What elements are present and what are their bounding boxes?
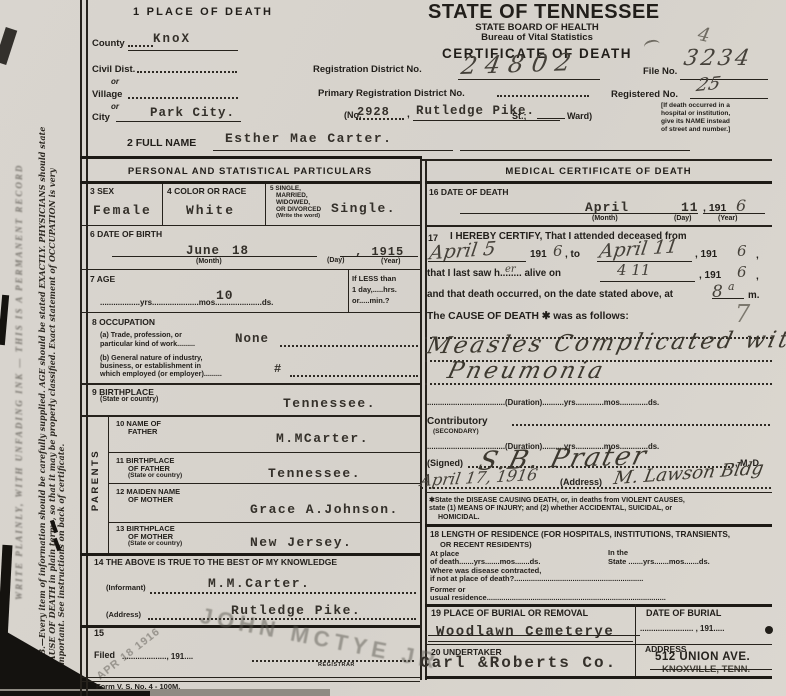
ink-dot <box>765 626 773 634</box>
former-residence-line2: usual residence.........................… <box>430 593 666 602</box>
margin-nb-note: N. B.—Every item of information should b… <box>38 28 67 668</box>
city-line <box>116 121 241 122</box>
informant-address-label: (Address) <box>106 610 141 619</box>
margin-permanent-record-text: WRITE PLAINLY, WITH UNFADING INK — THIS … <box>14 40 24 600</box>
undertaker-value: Carl &Roberts Co. <box>420 654 617 672</box>
contracted-line2: if not at place of death?...............… <box>430 574 643 583</box>
birthplace-sub-label: (State or country) <box>100 396 158 403</box>
cause-value-line1: Measles Complicated with <box>424 327 786 360</box>
death-ampm-hand: a <box>728 280 735 293</box>
color-race-value: White <box>186 203 235 218</box>
ward-label: Ward) <box>567 111 592 121</box>
last-saw-comma: , <box>756 271 759 282</box>
footnote-line3: HOMICIDAL. <box>438 514 480 521</box>
registered-no-label: Registered No. <box>611 89 678 100</box>
county-dots <box>128 45 153 47</box>
age-row-rule <box>80 312 420 313</box>
medical-section-title: MEDICAL CERTIFICATE OF DEATH <box>425 166 772 177</box>
scan-bottom-strip-dark <box>0 691 150 696</box>
attended-comma: , <box>756 250 759 261</box>
hospital-note-line1: [If death occurred in a <box>661 102 730 109</box>
left-border-outer <box>80 0 82 696</box>
header-divider-right <box>420 159 772 161</box>
pencil-scribble-4: 4 <box>696 23 712 47</box>
age-subcell-divider <box>348 270 349 312</box>
attended-from-year-hand: 6 <box>553 242 563 260</box>
burial-place-strike <box>428 635 640 636</box>
personal-title-rule <box>80 181 420 184</box>
form-number: Form V. S. No. 4 - 100M. <box>96 682 180 691</box>
place-of-death-label: 1 PLACE OF DEATH <box>133 6 273 18</box>
burial-date-line: ........................ , 191..... <box>640 624 724 633</box>
city-label: City <box>92 112 110 123</box>
registration-district-line <box>458 79 600 80</box>
father-birthplace-label-3: (State or country) <box>128 472 182 479</box>
informant-dots <box>150 592 416 594</box>
marital-label-4: OR DIVORCED <box>276 206 321 213</box>
death-certificate-scan: WRITE PLAINLY, WITH UNFADING INK — THIS … <box>0 0 786 696</box>
father-name-label-2: FATHER <box>128 427 157 436</box>
file-no-label: File No. <box>643 66 677 77</box>
county-label: County <box>92 38 125 49</box>
occupation-a-line1: (a) Trade, profession, or <box>100 330 182 339</box>
if-less-line3: or.....min.? <box>352 296 390 305</box>
file-no-line <box>680 79 768 80</box>
or-word-2: or <box>111 102 119 111</box>
full-name-line-2 <box>460 150 690 151</box>
burial-top-rule <box>425 604 772 607</box>
burial-subcolumn-divider <box>635 604 636 677</box>
sex-value: Female <box>93 203 152 218</box>
address-strike-line <box>650 669 772 670</box>
last-saw-date-hand: 4 11 <box>617 261 650 279</box>
affirmation-title: 14 THE ABOVE IS TRUE TO THE BEST OF MY K… <box>94 557 337 567</box>
hospital-note-line3: give its NAME instead <box>661 118 730 125</box>
undertaker-address-line1: 512 UNION AVE. <box>655 651 750 663</box>
physician-address-label: (Address) <box>560 477 602 487</box>
sex-row-rule <box>80 225 420 226</box>
civil-dist-dots <box>137 71 237 73</box>
date-of-death-line-2 <box>703 213 765 214</box>
sex-label: 3 SEX <box>90 186 114 196</box>
scan-smudge <box>0 295 9 345</box>
death-hour-hand: 8 <box>712 282 723 302</box>
burial-place-value: Woodlawn Cemeterye <box>436 624 614 640</box>
attended-line-1 <box>428 261 526 262</box>
dob-year-caption: (Year) <box>381 258 400 265</box>
date-of-death-line-1 <box>460 213 698 214</box>
parents-bottom-rule <box>80 553 420 556</box>
left-bottom-rule-1 <box>80 677 420 678</box>
footnote-top-rule <box>425 492 772 493</box>
dod-day-caption: (Day) <box>674 215 692 222</box>
mother-name-value: Grace A.Johnson. <box>250 502 399 517</box>
attended-to-year-hand: 6 <box>737 242 747 260</box>
occupation-label: 8 OCCUPATION <box>92 317 155 327</box>
marital-sub-label: (Write the word) <box>276 213 320 219</box>
occupation-a-line2: particular kind of work......... <box>100 339 195 348</box>
medical-title-rule <box>425 181 772 184</box>
father-birthplace-rule <box>108 483 420 484</box>
civil-dist-label: Civil Dist. <box>92 64 135 75</box>
informant-label: (Informant) <box>106 583 146 592</box>
cause-of-death-label: The CAUSE OF DEATH ✱ was as follows: <box>427 310 629 322</box>
attended-to-word: , to <box>565 249 580 260</box>
secondary-label: (SECONDARY) <box>433 428 479 435</box>
full-name-label: 2 FULL NAME <box>127 137 196 149</box>
age-units-line: ..................yrs...................… <box>100 298 273 307</box>
marital-value: Single. <box>331 201 396 216</box>
dob-line-2 <box>340 256 418 257</box>
occupation-a-dots <box>280 345 418 347</box>
contributory-label: Contributory <box>427 416 488 427</box>
footnote-line2: state (1) MEANS OF INJURY; and (2) wheth… <box>429 505 672 512</box>
parents-side-label: PARENTS <box>90 415 101 545</box>
attended-from-year-printed: 191 <box>530 249 547 260</box>
primary-registration-label: Primary Registration District No. <box>318 88 465 99</box>
state-title: STATE OF TENNESSEE <box>428 1 646 24</box>
death-hour-line <box>712 298 744 299</box>
date-of-death-row-rule <box>425 225 772 227</box>
city-value: Park City. <box>150 106 235 120</box>
attended-to-year-printed: , 191 <box>695 249 717 260</box>
in-state-line2: State .......yrs.......mos.......ds. <box>608 557 710 566</box>
hospital-note-line2: hospital or institution, <box>661 110 730 117</box>
personal-section-title: PERSONAL AND STATISTICAL PARTICULARS <box>80 166 420 177</box>
mother-birthplace-label-3: (State or country) <box>128 540 182 547</box>
registered-no-line <box>690 98 768 99</box>
marital-label-1: 5 SINGLE, <box>270 185 301 192</box>
registration-district-value: 24802 <box>459 48 581 80</box>
right-bottom-rule <box>425 676 772 679</box>
dod-month-caption: (Month) <box>592 215 618 222</box>
house-no-value: 2928 <box>357 105 390 119</box>
signed-label: (Signed) <box>427 458 463 468</box>
occupation-b-dots <box>290 375 418 377</box>
death-occurred-text: and that death occurred, on the date sta… <box>427 289 673 300</box>
occupation-row-rule <box>80 383 420 385</box>
signature-date-dots <box>421 487 771 489</box>
dob-day-caption: (Day) <box>327 257 345 264</box>
registered-no-value: 25 <box>694 73 722 96</box>
marital-label-2: MARRIED, <box>276 192 308 199</box>
cause-value-line2: Pneumonia <box>445 358 609 384</box>
filed-number: 15 <box>94 628 104 638</box>
occupation-b-value: # <box>274 362 282 376</box>
full-name-line-1 <box>213 150 453 151</box>
sex-color-divider <box>162 184 163 225</box>
father-name-rule <box>108 452 420 453</box>
informant-value: M.M.Carter. <box>208 576 310 591</box>
bureau-subtitle: Bureau of Vital Statistics <box>428 32 646 43</box>
last-saw-text: that I last saw h........ alive on <box>427 268 561 279</box>
occupation-b-line3: which employed (or employer)......... <box>100 369 222 378</box>
dob-row-rule <box>80 269 420 270</box>
residence-title-line2: OR RECENT RESIDENTS) <box>440 540 532 549</box>
full-name-value: Esther Mae Carter. <box>225 131 392 146</box>
or-word-1: or <box>111 77 119 86</box>
if-less-line2: 1 day,.....hrs. <box>352 285 397 294</box>
dob-month-caption: (Month) <box>196 258 222 265</box>
residence-title-line1: 18 LENGTH OF RESIDENCE (FOR HOSPITALS, I… <box>430 530 730 539</box>
duration-line-1: ....................................(Dur… <box>427 398 659 407</box>
scan-smudge <box>0 545 12 640</box>
burial-place-line <box>428 641 633 642</box>
color-race-label: 4 COLOR OR RACE <box>167 186 246 196</box>
parents-inner-divider <box>108 415 109 553</box>
father-name-value: M.MCarter. <box>276 431 369 446</box>
last-saw-line <box>600 281 695 282</box>
occupation-a-value: None <box>235 332 269 346</box>
last-saw-year-hand: 6 <box>737 263 747 281</box>
burial-date-label: DATE OF BURIAL <box>646 608 721 618</box>
father-birthplace-value: Tennessee. <box>268 466 361 481</box>
birthplace-row-rule <box>80 415 420 417</box>
color-marital-divider <box>265 184 266 225</box>
st-label: St.; <box>512 111 527 121</box>
dob-line-1 <box>112 256 317 257</box>
dob-label: 6 DATE OF BIRTH <box>90 229 162 239</box>
header-divider-left <box>80 156 422 159</box>
age-label: 7 AGE <box>90 274 115 284</box>
dod-year-caption: (Year) <box>718 215 737 222</box>
birthplace-value: Tennessee. <box>283 396 376 411</box>
attended-to-hand: April 11 <box>598 235 679 262</box>
house-no-comma: , <box>407 109 410 120</box>
street-line <box>413 120 560 121</box>
village-label: Village <box>92 89 122 100</box>
primary-registration-dots <box>497 95 589 97</box>
village-dots <box>128 97 238 99</box>
undertaker-top-rule <box>425 644 772 645</box>
registration-district-label: Registration District No. <box>313 64 422 75</box>
mother-birthplace-value: New Jersey. <box>250 535 352 550</box>
column-divider-outer <box>420 159 422 680</box>
mother-name-rule <box>108 522 420 523</box>
at-place-line2: of death.......yrs.......mos.......ds. <box>430 557 540 566</box>
marital-label-3: WIDOWED, <box>276 199 310 206</box>
residence-top-rule <box>425 524 772 527</box>
burial-place-label: 19 PLACE OF BURIAL OR REMOVAL <box>431 608 588 618</box>
house-no-dots <box>356 118 404 120</box>
county-line <box>128 50 238 51</box>
date-of-death-label: 16 DATE OF DEATH <box>429 187 509 197</box>
registrar-label: REGISTRAR <box>318 662 355 668</box>
last-saw-year-printed: , 191 <box>699 270 721 281</box>
footnote-line1: ✱State the DISEASE CAUSING DEATH, or, in… <box>429 496 685 504</box>
mother-name-label-2: OF MOTHER <box>128 495 173 504</box>
if-less-line1: If LESS than <box>352 274 396 283</box>
file-no-value: 3234 <box>682 46 754 71</box>
contributory-dots <box>512 424 770 426</box>
ward-line <box>537 118 565 119</box>
pencil-mark-7: 7 <box>735 300 750 328</box>
county-value: KnoX <box>153 32 191 46</box>
in-state-line1: In the <box>608 548 628 557</box>
left-border-inner <box>86 0 88 696</box>
last-saw-er-hand: er <box>505 264 516 275</box>
hospital-note-line4: of street and number.] <box>661 126 730 133</box>
margin-nb-line3: important. See instructions on back of c… <box>57 28 67 668</box>
